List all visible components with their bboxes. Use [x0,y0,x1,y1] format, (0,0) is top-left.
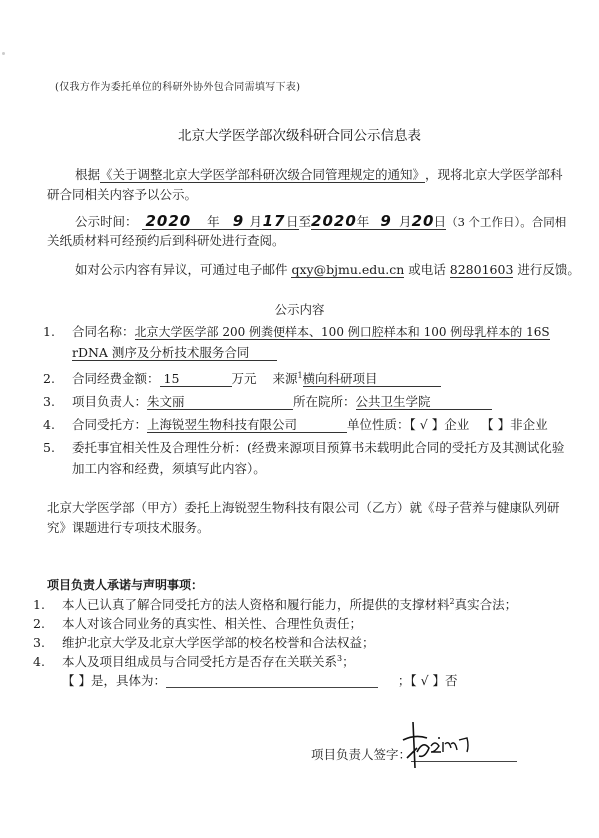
analysis-text-line-1: 北京大学医学部（甲方）委托上海锐翌生物科技有限公司（乙方）就《母子营养与健康队列… [47,501,560,515]
enterprise-checkbox[interactable]: 【 √ 】 [410,417,445,432]
intro-suffix: ，现将北京大学医学部科 [425,167,563,182]
analysis-label: 委托事宜相关性及合理性分析： [72,440,247,455]
amount-label: 合同经费金额： [72,371,160,386]
non-enterprise-checkbox[interactable]: 【 】 [481,417,510,432]
period-line-2: 关纸质材料可经预约后到科研处进行查阅。 [47,234,285,248]
year-unit: 年 [357,214,370,229]
end-month-value: 9 [380,212,391,230]
month-unit: 月 [250,215,263,230]
contract-name-label: 合同名称： [72,324,135,339]
item-contractor: 4.合同受托方：上海锐翌生物科技有限公司单位性质：【 √ 】企业 【 】非企业 [43,418,548,433]
feedback-email-link[interactable]: qxy@bjmu.edu.cn [291,263,404,278]
commitment-item: 3.维护北京大学及北京大学医学部的校名校誉和合法权益； [33,636,375,650]
feedback-middle: 或电话 [404,262,449,277]
start-year-field[interactable]: 2020 年 [142,214,228,230]
enterprise-option-label: 企业 [444,417,469,432]
contractor-value[interactable]: 上海锐翌生物科技有限公司 [147,418,347,433]
feedback-prefix: 如对公示内容有异议，可通过电子邮件 [75,262,291,277]
commitment-tail: 真实合法； [455,597,518,612]
analysis-note-line-2: 加工内容和经费，须填写此内容）。 [72,462,266,476]
item-number: 5. [43,441,72,455]
period-label: 公示时间： [75,214,138,229]
item-analysis: 5.委托事宜相关性及合理性分析：(经费来源项目预算书未载明此合同的受托方及其测试… [43,441,564,455]
contractor-label: 合同受托方： [72,417,147,432]
intro-line-1: 根据《关于调整北京大学医学部科研次级合同管理规定的通知》，现将北京大学医学部科 [75,168,563,183]
analysis-note: (经费来源项目预算书未载明此合同的受托方及其测试化验 [247,440,564,455]
start-day-value: 17 [263,212,286,230]
to-text: 至 [299,214,312,229]
relation-options: 【 】是，具体为： ；【 √ 】否 [62,674,458,688]
item-amount: 2.合同经费金额：15万元 来源1横向科研项目 [43,372,441,387]
relation-yes-checkbox[interactable]: 【 】 [62,673,91,688]
feedback-phone-link[interactable]: 82801603 [450,263,514,278]
relation-no-label: 否 [445,673,458,688]
institute-value[interactable]: 公共卫生学院 [356,395,492,410]
end-year-value: 2020 [311,212,357,230]
page-title: 北京大学医学部次级科研合同公示信息表 [0,124,599,144]
non-enterprise-option-label: 非企业 [510,417,548,432]
commitment-text: 维护北京大学及北京大学医学部的校名校誉和合法权益； [62,635,375,650]
start-year-value: 2020 [146,212,192,230]
instruction-note: (仅我方作为委托单位的科研外协外包合同需填写下表) [55,78,300,93]
item-number: 3. [33,636,62,650]
end-year-field[interactable]: 2020年 [311,214,373,230]
end-month-field[interactable]: 9 [373,214,399,230]
item-number: 4. [43,418,72,432]
relation-no-checkbox[interactable]: ；【 √ 】 [398,673,445,688]
item-number: 4. [33,655,62,669]
workdays-text: （3 个工作日）。合同相 [446,215,566,229]
scan-speck [2,52,5,55]
nature-label: 单位性质： [347,417,410,432]
item-leader: 3.项目负责人：朱文丽所在院所：公共卫生学院 [43,395,492,410]
signature-scribble-icon [395,718,485,768]
end-day-field[interactable]: 20 [412,214,434,230]
feedback-line: 如对公示内容有异议，可通过电子邮件 qxy@bjmu.edu.cn 或电话 82… [75,263,580,278]
item-number: 2. [43,372,72,386]
amount-unit: 万元 [232,371,257,386]
relation-detail-field[interactable] [166,674,378,688]
year-unit: 年 [207,214,220,229]
amount-value[interactable]: 15 [160,372,232,387]
commitment-item: 1.本人已认真了解合同受托方的法人资格和履行能力，所提供的支撑材料2真实合法； [33,598,517,612]
intro-line-2: 研合同相关内容予以公示。 [47,188,197,202]
leader-label: 项目负责人： [72,394,147,409]
item-number: 2. [33,617,62,631]
start-day-field[interactable]: 17 [262,214,286,230]
contract-name-line-2: rDNA 测序及分析技术服务合同 [72,346,277,361]
item-number: 3. [43,395,72,409]
item-number: 1. [33,598,62,612]
month-unit: 月 [399,215,412,230]
item-number: 1. [43,325,72,339]
intro-prefix: 根据 [75,167,100,182]
feedback-suffix: 进行反馈。 [513,262,579,277]
commitment-item: 2.本人对该合同业务的真实性、相关性、合理性负责任； [33,617,362,631]
leader-value[interactable]: 朱文丽 [147,395,293,410]
publicity-period: 公示时间： 2020 年9月17日至2020年9月20日（3 个工作日）。合同相 [75,214,566,230]
commitment-title: 项目负责人承诺与声明事项： [47,578,203,592]
contract-name-value-cont[interactable]: rDNA 测序及分析技术服务合同 [72,346,277,361]
end-day-value: 20 [412,212,435,230]
regulation-link[interactable]: 《关于调整北京大学医学部科研次级合同管理规定的通知》 [100,168,425,183]
commitment-text: 本人已认真了解合同受托方的法人资格和履行能力，所提供的支撑材料 [62,597,450,612]
start-month-value: 9 [233,212,244,230]
contract-name-value[interactable]: 北京大学医学部 200 例粪便样本、100 例口腔样本和 100 例母乳样本的 … [135,325,550,340]
commitment-item: 4.本人及项目组成员与合同受托方是否存在关联关系3； [33,655,355,669]
relation-yes-label: 是，具体为： [91,673,166,688]
start-month-field[interactable]: 9 [228,214,250,230]
commitment-text: 本人对该合同业务的真实性、相关性、合理性负责任； [62,616,362,631]
institute-label: 所在院所： [293,394,356,409]
source-label: 来源 [272,371,297,386]
day-unit: 日 [434,215,447,230]
item-contract-name: 1.合同名称： 北京大学医学部 200 例粪便样本、100 例口腔样本和 100… [43,325,550,340]
commitment-text: 本人及项目组成员与合同受托方是否存在关联关系 [62,654,337,669]
source-value[interactable]: 横向科研项目 [303,372,441,387]
commitment-tail: ； [342,654,355,669]
section-title: 公示内容 [0,303,599,317]
day-unit: 日 [286,215,299,230]
handwritten-signature [395,718,485,768]
analysis-text-line-2: 究》课题进行专项技术服务。 [47,521,210,535]
